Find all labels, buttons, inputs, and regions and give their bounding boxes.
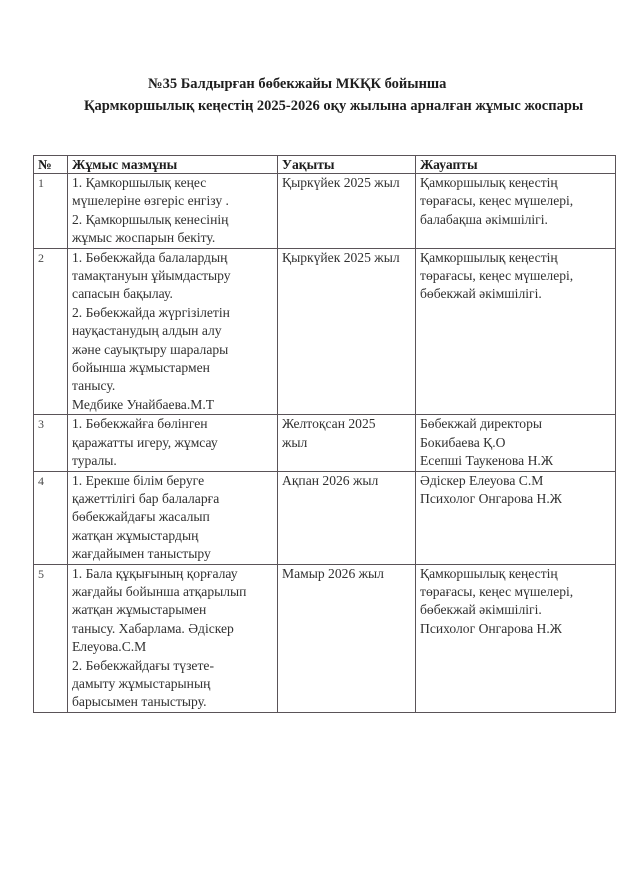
row-content-line: Медбике Унайбаева.М.Т: [72, 396, 273, 414]
row-responsible-line: Бокибаева Қ.О: [420, 434, 611, 452]
row-responsible-line: төрағасы, кеңес мүшелері,: [420, 267, 611, 285]
row-content-line: бөбекжайдағы жасалып: [72, 508, 273, 526]
row-content-cell: 1. Қамкоршылық кеңесмүшелеріне өзгеріс е…: [68, 174, 278, 249]
document-title-line-2: Қармкоршылық кеңестің 2025-2026 оқу жылы…: [84, 98, 583, 115]
row-time-line: Желтоқсан 2025: [282, 415, 411, 433]
row-number: 4: [34, 471, 68, 564]
row-responsible-cell: Қамкоршылық кеңестіңтөрағасы, кеңес мүше…: [416, 174, 616, 249]
row-content-line: науқастанудың алдын алу: [72, 322, 273, 340]
row-content-line: барысымен таныстыру.: [72, 693, 273, 711]
row-responsible-line: бөбекжай әкімшілігі.: [420, 285, 611, 303]
row-content-line: 1. Бөбекжайда балалардың: [72, 249, 273, 267]
row-number: 2: [34, 248, 68, 415]
row-content-cell: 1. Бала құқығының қорғалаужағдайы бойынш…: [68, 564, 278, 712]
row-time-cell: Желтоқсан 2025жыл: [278, 415, 416, 471]
row-time-cell: Ақпан 2026 жыл: [278, 471, 416, 564]
row-content-line: 1. Ерекше білім беруге: [72, 472, 273, 490]
row-content-line: жатқан жұмыстардың: [72, 527, 273, 545]
row-content-line: жатқан жұмыстарымен: [72, 601, 273, 619]
header-number: №: [34, 156, 68, 174]
row-time-line: жыл: [282, 434, 411, 452]
row-responsible-line: Есепші Таукенова Н.Ж: [420, 452, 611, 470]
row-responsible-line: балабақша әкімшілігі.: [420, 211, 611, 229]
table-row: 51. Бала құқығының қорғалаужағдайы бойын…: [34, 564, 616, 712]
row-responsible-line: төрағасы, кеңес мүшелері,: [420, 192, 611, 210]
row-content-line: сапасын бақылау.: [72, 285, 273, 303]
row-responsible-cell: Қамкоршылық кеңестіңтөрағасы, кеңес мүше…: [416, 248, 616, 415]
row-number: 3: [34, 415, 68, 471]
row-content-line: жұмыс жоспарын бекіту.: [72, 229, 273, 247]
row-content-line: 2. Бөбекжайдағы түзете-: [72, 657, 273, 675]
row-responsible-line: Қамкоршылық кеңестің: [420, 174, 611, 192]
row-content-cell: 1. Бөбекжайда балалардыңтамақтануын ұйым…: [68, 248, 278, 415]
header-responsible: Жауапты: [416, 156, 616, 174]
row-content-line: қаражатты игеру, жұмсау: [72, 434, 273, 452]
row-content-line: жағдайымен таныстыру: [72, 545, 273, 563]
row-content-line: туралы.: [72, 452, 273, 470]
row-responsible-line: Әдіскер Елеуова С.М: [420, 472, 611, 490]
row-content-line: бойынша жұмыстармен: [72, 359, 273, 377]
row-responsible-cell: Бөбекжай директорыБокибаева Қ.ОЕсепші Та…: [416, 415, 616, 471]
row-content-line: 1. Бөбекжайға бөлінген: [72, 415, 273, 433]
row-content-line: және сауықтыру шаралары: [72, 341, 273, 359]
table-row: 31. Бөбекжайға бөлінгенқаражатты игеру, …: [34, 415, 616, 471]
row-responsible-cell: Қамкоршылық кеңестіңтөрағасы, кеңес мүше…: [416, 564, 616, 712]
row-content-line: дамыту жұмыстарының: [72, 675, 273, 693]
row-number: 1: [34, 174, 68, 249]
work-plan-table: № Жұмыс мазмұны Уақыты Жауапты 11. Қамко…: [33, 155, 616, 713]
row-content-line: 2. Бөбекжайда жүргізілетін: [72, 304, 273, 322]
row-responsible-line: Қамкоршылық кеңестің: [420, 249, 611, 267]
row-content-cell: 1. Бөбекжайға бөлінгенқаражатты игеру, ж…: [68, 415, 278, 471]
row-responsible-line: төрағасы, кеңес мүшелері,: [420, 583, 611, 601]
row-time-line: Қыркүйек 2025 жыл: [282, 249, 411, 267]
row-content-line: 2. Қамкоршылық кенесінің: [72, 211, 273, 229]
row-time-line: Қыркүйек 2025 жыл: [282, 174, 411, 192]
table-body: 11. Қамкоршылық кеңесмүшелеріне өзгеріс …: [34, 174, 616, 713]
document-title-line-1: №35 Балдырған бөбекжайы МКҚК бойынша: [148, 76, 446, 93]
table-row: 21. Бөбекжайда балалардыңтамақтануын ұйы…: [34, 248, 616, 415]
row-responsible-line: Қамкоршылық кеңестің: [420, 565, 611, 583]
row-content-line: қажеттілігі бар балаларға: [72, 490, 273, 508]
table-row: 11. Қамкоршылық кеңесмүшелеріне өзгеріс …: [34, 174, 616, 249]
row-content-line: Елеуова.С.М: [72, 638, 273, 656]
header-content: Жұмыс мазмұны: [68, 156, 278, 174]
row-number: 5: [34, 564, 68, 712]
row-content-line: 1. Қамкоршылық кеңес: [72, 174, 273, 192]
row-content-cell: 1. Ерекше білім беругеқажеттілігі бар ба…: [68, 471, 278, 564]
table-header-row: № Жұмыс мазмұны Уақыты Жауапты: [34, 156, 616, 174]
table-row: 41. Ерекше білім беругеқажеттілігі бар б…: [34, 471, 616, 564]
row-responsible-line: Психолог Онгарова Н.Ж: [420, 490, 611, 508]
header-time: Уақыты: [278, 156, 416, 174]
row-content-line: танысу.: [72, 377, 273, 395]
row-responsible-line: Бөбекжай директоры: [420, 415, 611, 433]
row-responsible-line: Психолог Онгарова Н.Ж: [420, 620, 611, 638]
row-time-line: Мамыр 2026 жыл: [282, 565, 411, 583]
row-time-cell: Мамыр 2026 жыл: [278, 564, 416, 712]
row-content-line: 1. Бала құқығының қорғалау: [72, 565, 273, 583]
row-responsible-line: бөбекжай әкімшілігі.: [420, 601, 611, 619]
row-time-line: Ақпан 2026 жыл: [282, 472, 411, 490]
row-content-line: жағдайы бойынша атқарылып: [72, 583, 273, 601]
row-time-cell: Қыркүйек 2025 жыл: [278, 174, 416, 249]
row-time-cell: Қыркүйек 2025 жыл: [278, 248, 416, 415]
row-content-line: танысу. Хабарлама. Әдіскер: [72, 620, 273, 638]
row-content-line: мүшелеріне өзгеріс енгізу .: [72, 192, 273, 210]
row-responsible-cell: Әдіскер Елеуова С.МПсихолог Онгарова Н.Ж: [416, 471, 616, 564]
row-content-line: тамақтануын ұйымдастыру: [72, 267, 273, 285]
